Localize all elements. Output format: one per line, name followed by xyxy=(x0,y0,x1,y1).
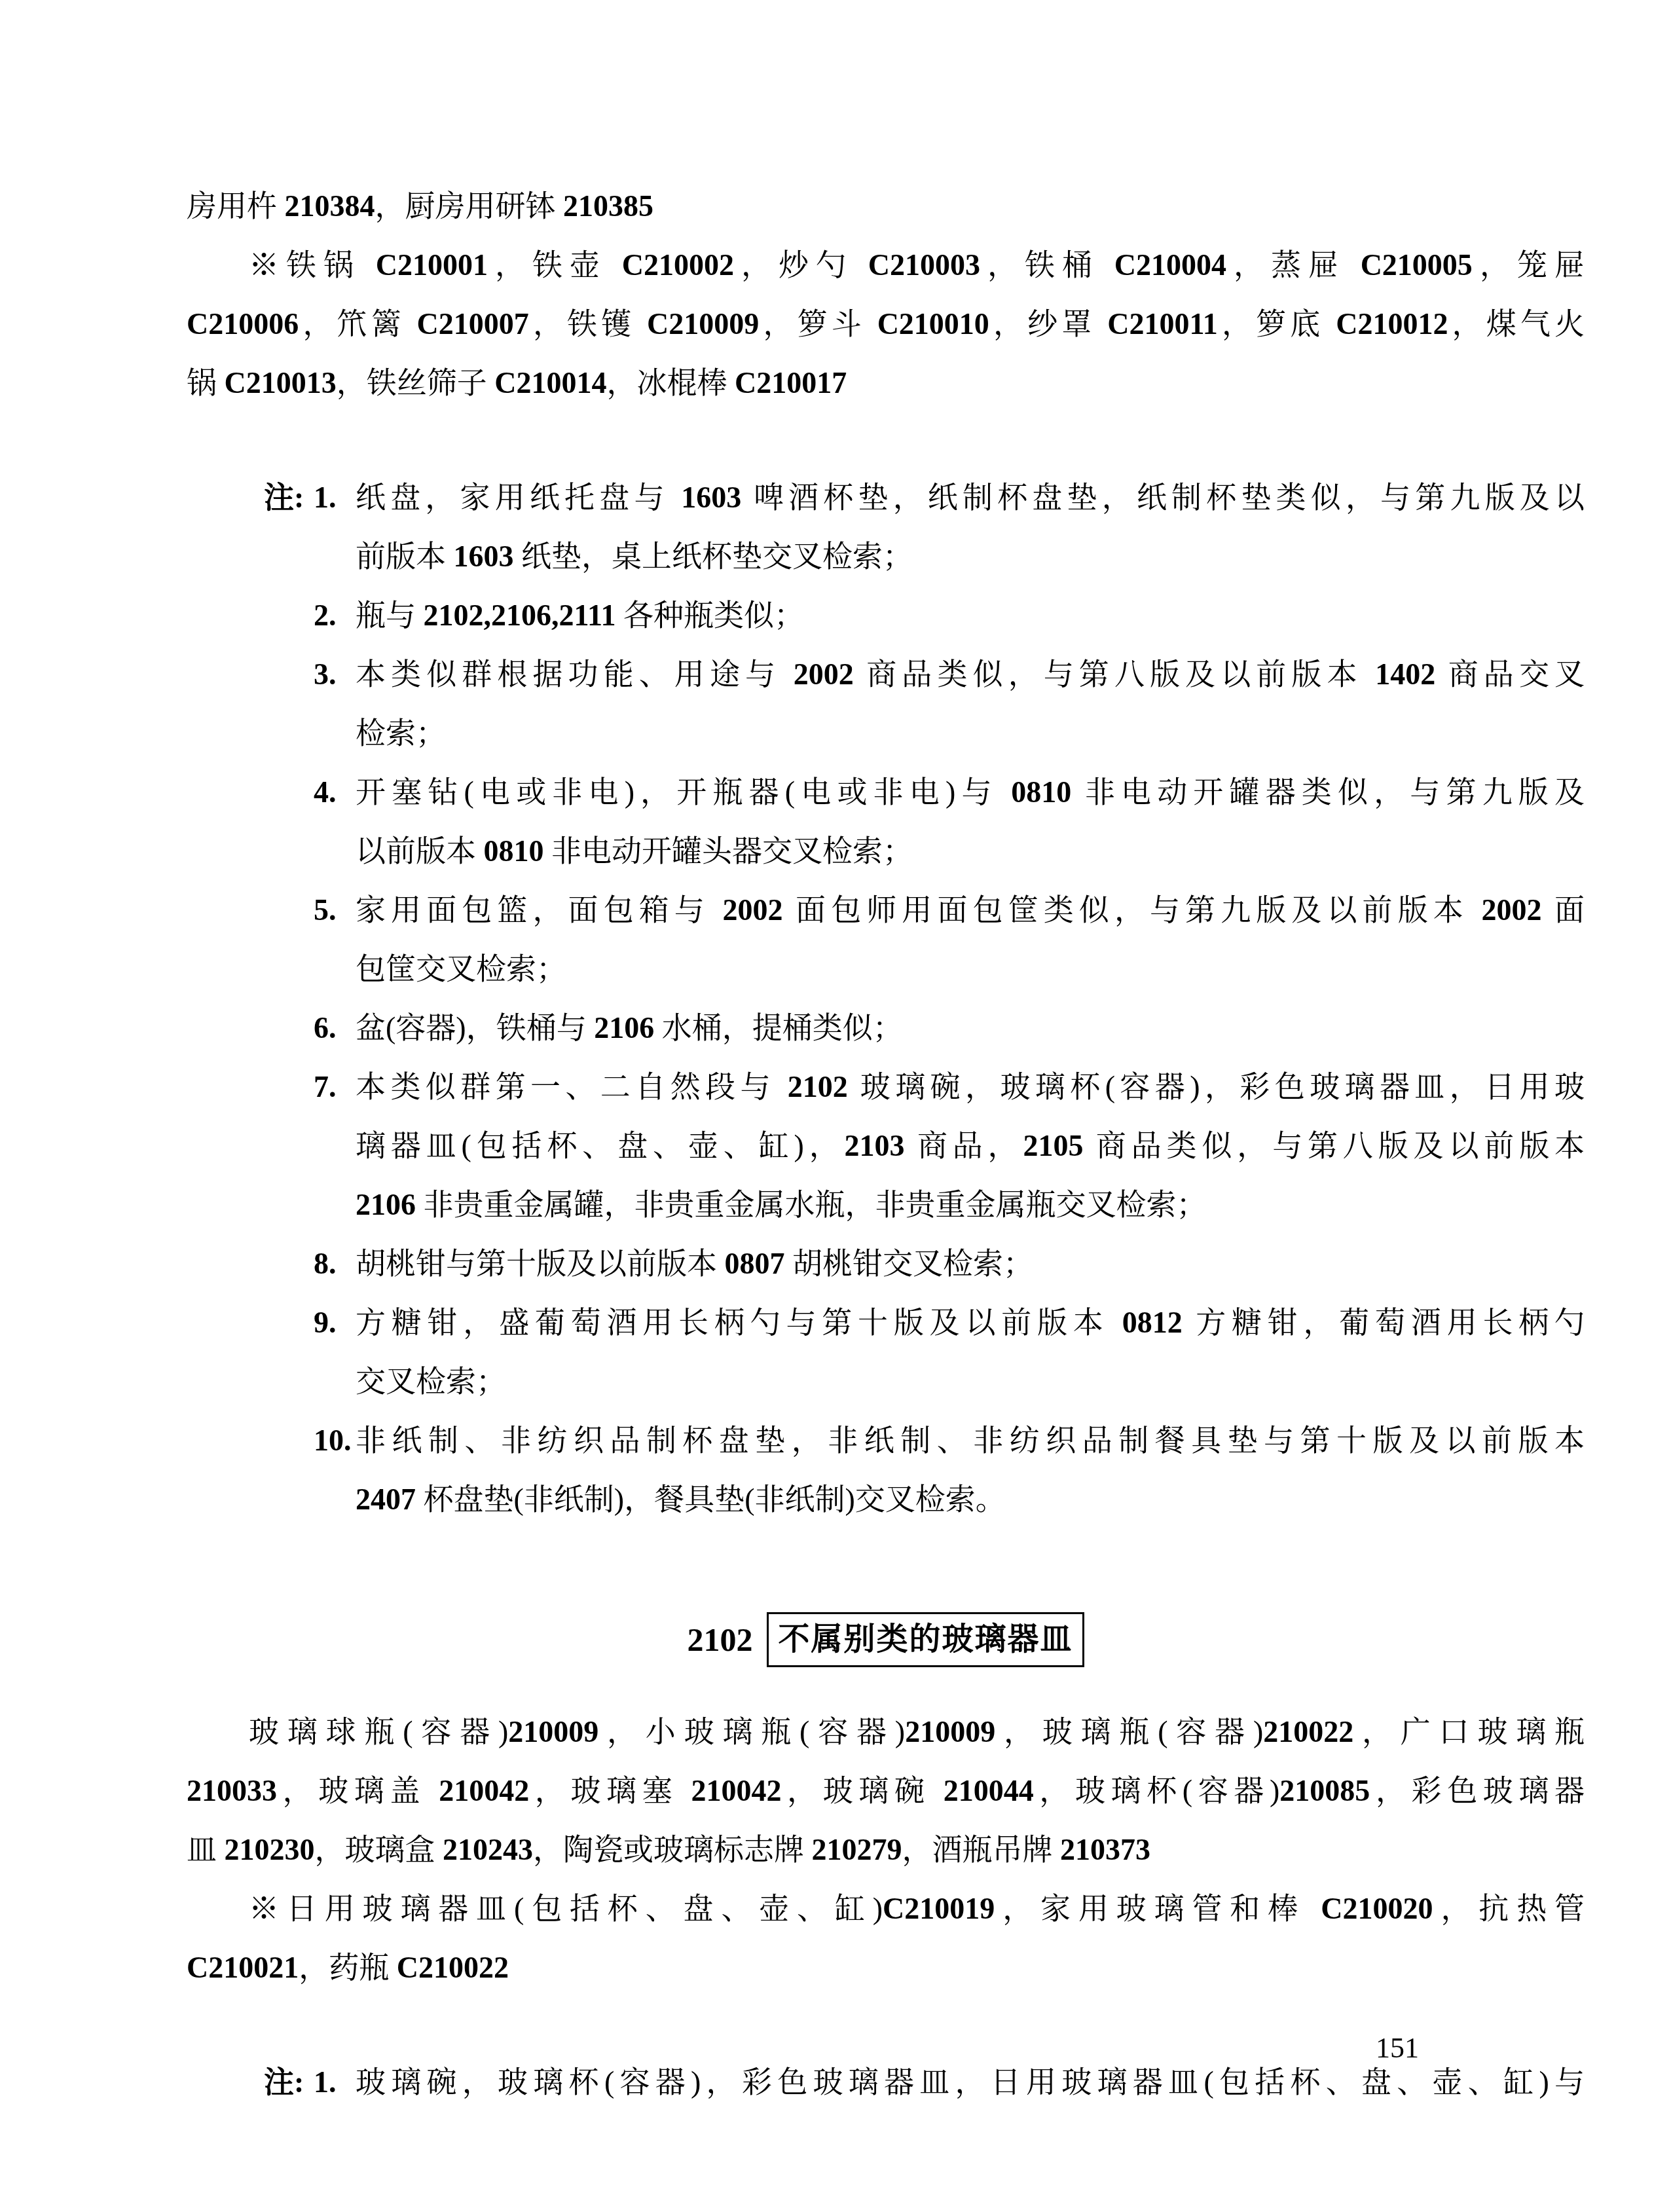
para-iron-line: 锅 C210013，铁丝筛子 C210014，冰棍棒 C210017 xyxy=(187,354,1585,413)
note-item-9: 9. 方糖钳，盛葡萄酒用长柄勺与第十版及以前版本 0812 方糖钳，葡萄酒用长柄… xyxy=(356,1293,1585,1411)
note-prefix: 注: xyxy=(264,468,304,527)
section-heading-2102: 2102不属别类的玻璃器皿 xyxy=(187,1604,1585,1670)
note-item-2: 2. 瓶与 2102,2106,2111 各种瓶类似； xyxy=(356,586,1585,645)
para-daily-glass-line: ※日用玻璃器皿(包括杯、盘、壶、缸)C210019，家用玻璃管和棒 C21002… xyxy=(187,1879,1585,1938)
note-line: 纸盘，家用纸托盘与 1603 啤酒杯垫，纸制杯盘垫，纸制杯垫类似，与第九版及以 xyxy=(356,468,1585,527)
note-line: 本类似群根据功能、用途与 2002 商品类似，与第八版及以前版本 1402 商品… xyxy=(356,645,1585,704)
para-glassware-line: 210033，玻璃盖 210042，玻璃塞 210042，玻璃碗 210044，… xyxy=(187,1761,1585,1820)
note-line: 前版本 1603 纸垫，桌上纸杯垫交叉检索； xyxy=(356,527,1585,586)
note-number: 10. xyxy=(314,1411,352,1470)
note-line: 非纸制、非纺织品制杯盘垫，非纸制、非纺织品制餐具垫与第十版及以前版本 xyxy=(356,1411,1585,1470)
note-item-7: 7. 本类似群第一、二自然段与 2102 玻璃碗，玻璃杯(容器)，彩色玻璃器皿，… xyxy=(356,1058,1585,1234)
note-line: 本类似群第一、二自然段与 2102 玻璃碗，玻璃杯(容器)，彩色玻璃器皿，日用玻 xyxy=(356,1058,1585,1116)
para-kitchen-tools-line: 房用杵 210384，厨房用研钵 210385 xyxy=(187,177,1585,236)
note-number: 8. xyxy=(314,1234,337,1293)
note-number: 6. xyxy=(314,999,337,1058)
note-item-1: 注: 1. 纸盘，家用纸托盘与 1603 啤酒杯垫，纸制杯盘垫，纸制杯垫类似，与… xyxy=(356,468,1585,586)
section-title-box: 不属别类的玻璃器皿 xyxy=(767,1612,1084,1667)
note-item-6: 6. 盆(容器)，铁桶与 2106 水桶，提桶类似； xyxy=(356,999,1585,1058)
para-iron-line: ※铁锅 C210001，铁壶 C210002，炒勺 C210003，铁桶 C21… xyxy=(187,236,1585,295)
section-code: 2102 xyxy=(687,1621,752,1658)
note-number: 3. xyxy=(314,645,337,704)
para-iron-items: ※铁锅 C210001，铁壶 C210002，炒勺 C210003，铁桶 C21… xyxy=(187,236,1585,413)
note-line: 盆(容器)，铁桶与 2106 水桶，提桶类似； xyxy=(356,999,1585,1058)
para-daily-glass-line: C210021，药瓶 C210022 xyxy=(187,1938,1585,1997)
note-line: 包筐交叉检索； xyxy=(356,940,1585,999)
note-number: 5. xyxy=(314,881,337,940)
para-iron-line: C210006，笊篱 C210007，铁镬 C210009，箩斗 C210010… xyxy=(187,295,1585,354)
note-item-4: 4. 开塞钻(电或非电)，开瓶器(电或非电)与 0810 非电动开罐器类似，与第… xyxy=(356,763,1585,881)
note-number: 1. xyxy=(314,468,337,527)
note-line: 交叉检索； xyxy=(356,1352,1585,1411)
notes-2101: 注: 1. 纸盘，家用纸托盘与 1603 啤酒杯垫，纸制杯盘垫，纸制杯垫类似，与… xyxy=(356,468,1585,1529)
note-number: 2. xyxy=(314,586,337,645)
para-glassware: 玻璃球瓶(容器)210009，小玻璃瓶(容器)210009，玻璃瓶(容器)210… xyxy=(187,1703,1585,1879)
note-line: 璃器皿(包括杯、盘、壶、缸)，2103 商品，2105 商品类似，与第八版及以前… xyxy=(356,1116,1585,1175)
page-content: 房用杵 210384，厨房用研钵 210385 ※铁锅 C210001，铁壶 C… xyxy=(187,177,1585,2112)
note-number: 4. xyxy=(314,763,337,822)
note-line: 瓶与 2102,2106,2111 各种瓶类似； xyxy=(356,586,1585,645)
note-item-5: 5. 家用面包篮，面包箱与 2002 面包师用面包筐类似，与第九版及以前版本 2… xyxy=(356,881,1585,999)
para-glassware-line: 皿 210230，玻璃盒 210243，陶瓷或玻璃标志牌 210279，酒瓶吊牌… xyxy=(187,1820,1585,1879)
note-line: 开塞钻(电或非电)，开瓶器(电或非电)与 0810 非电动开罐器类似，与第九版及 xyxy=(356,763,1585,822)
note-line: 以前版本 0810 非电动开罐头器交叉检索； xyxy=(356,822,1585,881)
note-line: 2106 非贵重金属罐，非贵重金属水瓶，非贵重金属瓶交叉检索； xyxy=(356,1175,1585,1234)
note-line: 检索； xyxy=(356,704,1585,763)
note-line: 家用面包篮，面包箱与 2002 面包师用面包筐类似，与第九版及以前版本 2002… xyxy=(356,881,1585,940)
note-item-3: 3. 本类似群根据功能、用途与 2002 商品类似，与第八版及以前版本 1402… xyxy=(356,645,1585,763)
note-line: 2407 杯盘垫(非纸制)，餐具垫(非纸制)交叉检索。 xyxy=(356,1470,1585,1529)
note-line: 胡桃钳与第十版及以前版本 0807 胡桃钳交叉检索； xyxy=(356,1234,1585,1293)
para-glassware-line: 玻璃球瓶(容器)210009，小玻璃瓶(容器)210009，玻璃瓶(容器)210… xyxy=(187,1703,1585,1761)
note-item-8: 8. 胡桃钳与第十版及以前版本 0807 胡桃钳交叉检索； xyxy=(356,1234,1585,1293)
note-line: 方糖钳，盛葡萄酒用长柄勺与第十版及以前版本 0812 方糖钳，葡萄酒用长柄勺 xyxy=(356,1293,1585,1352)
note-prefix: 注: xyxy=(264,2053,304,2112)
note-number: 7. xyxy=(314,1058,337,1116)
note-number: 1. xyxy=(314,2053,337,2112)
para-daily-glass: ※日用玻璃器皿(包括杯、盘、壶、缸)C210019，家用玻璃管和棒 C21002… xyxy=(187,1879,1585,1997)
document-page: 房用杵 210384，厨房用研钵 210385 ※铁锅 C210001，铁壶 C… xyxy=(0,0,1671,2212)
note-number: 9. xyxy=(314,1293,337,1352)
note-item-10: 10. 非纸制、非纺织品制杯盘垫，非纸制、非纺织品制餐具垫与第十版及以前版本 2… xyxy=(356,1411,1585,1529)
page-number: 151 xyxy=(1376,2029,1419,2068)
